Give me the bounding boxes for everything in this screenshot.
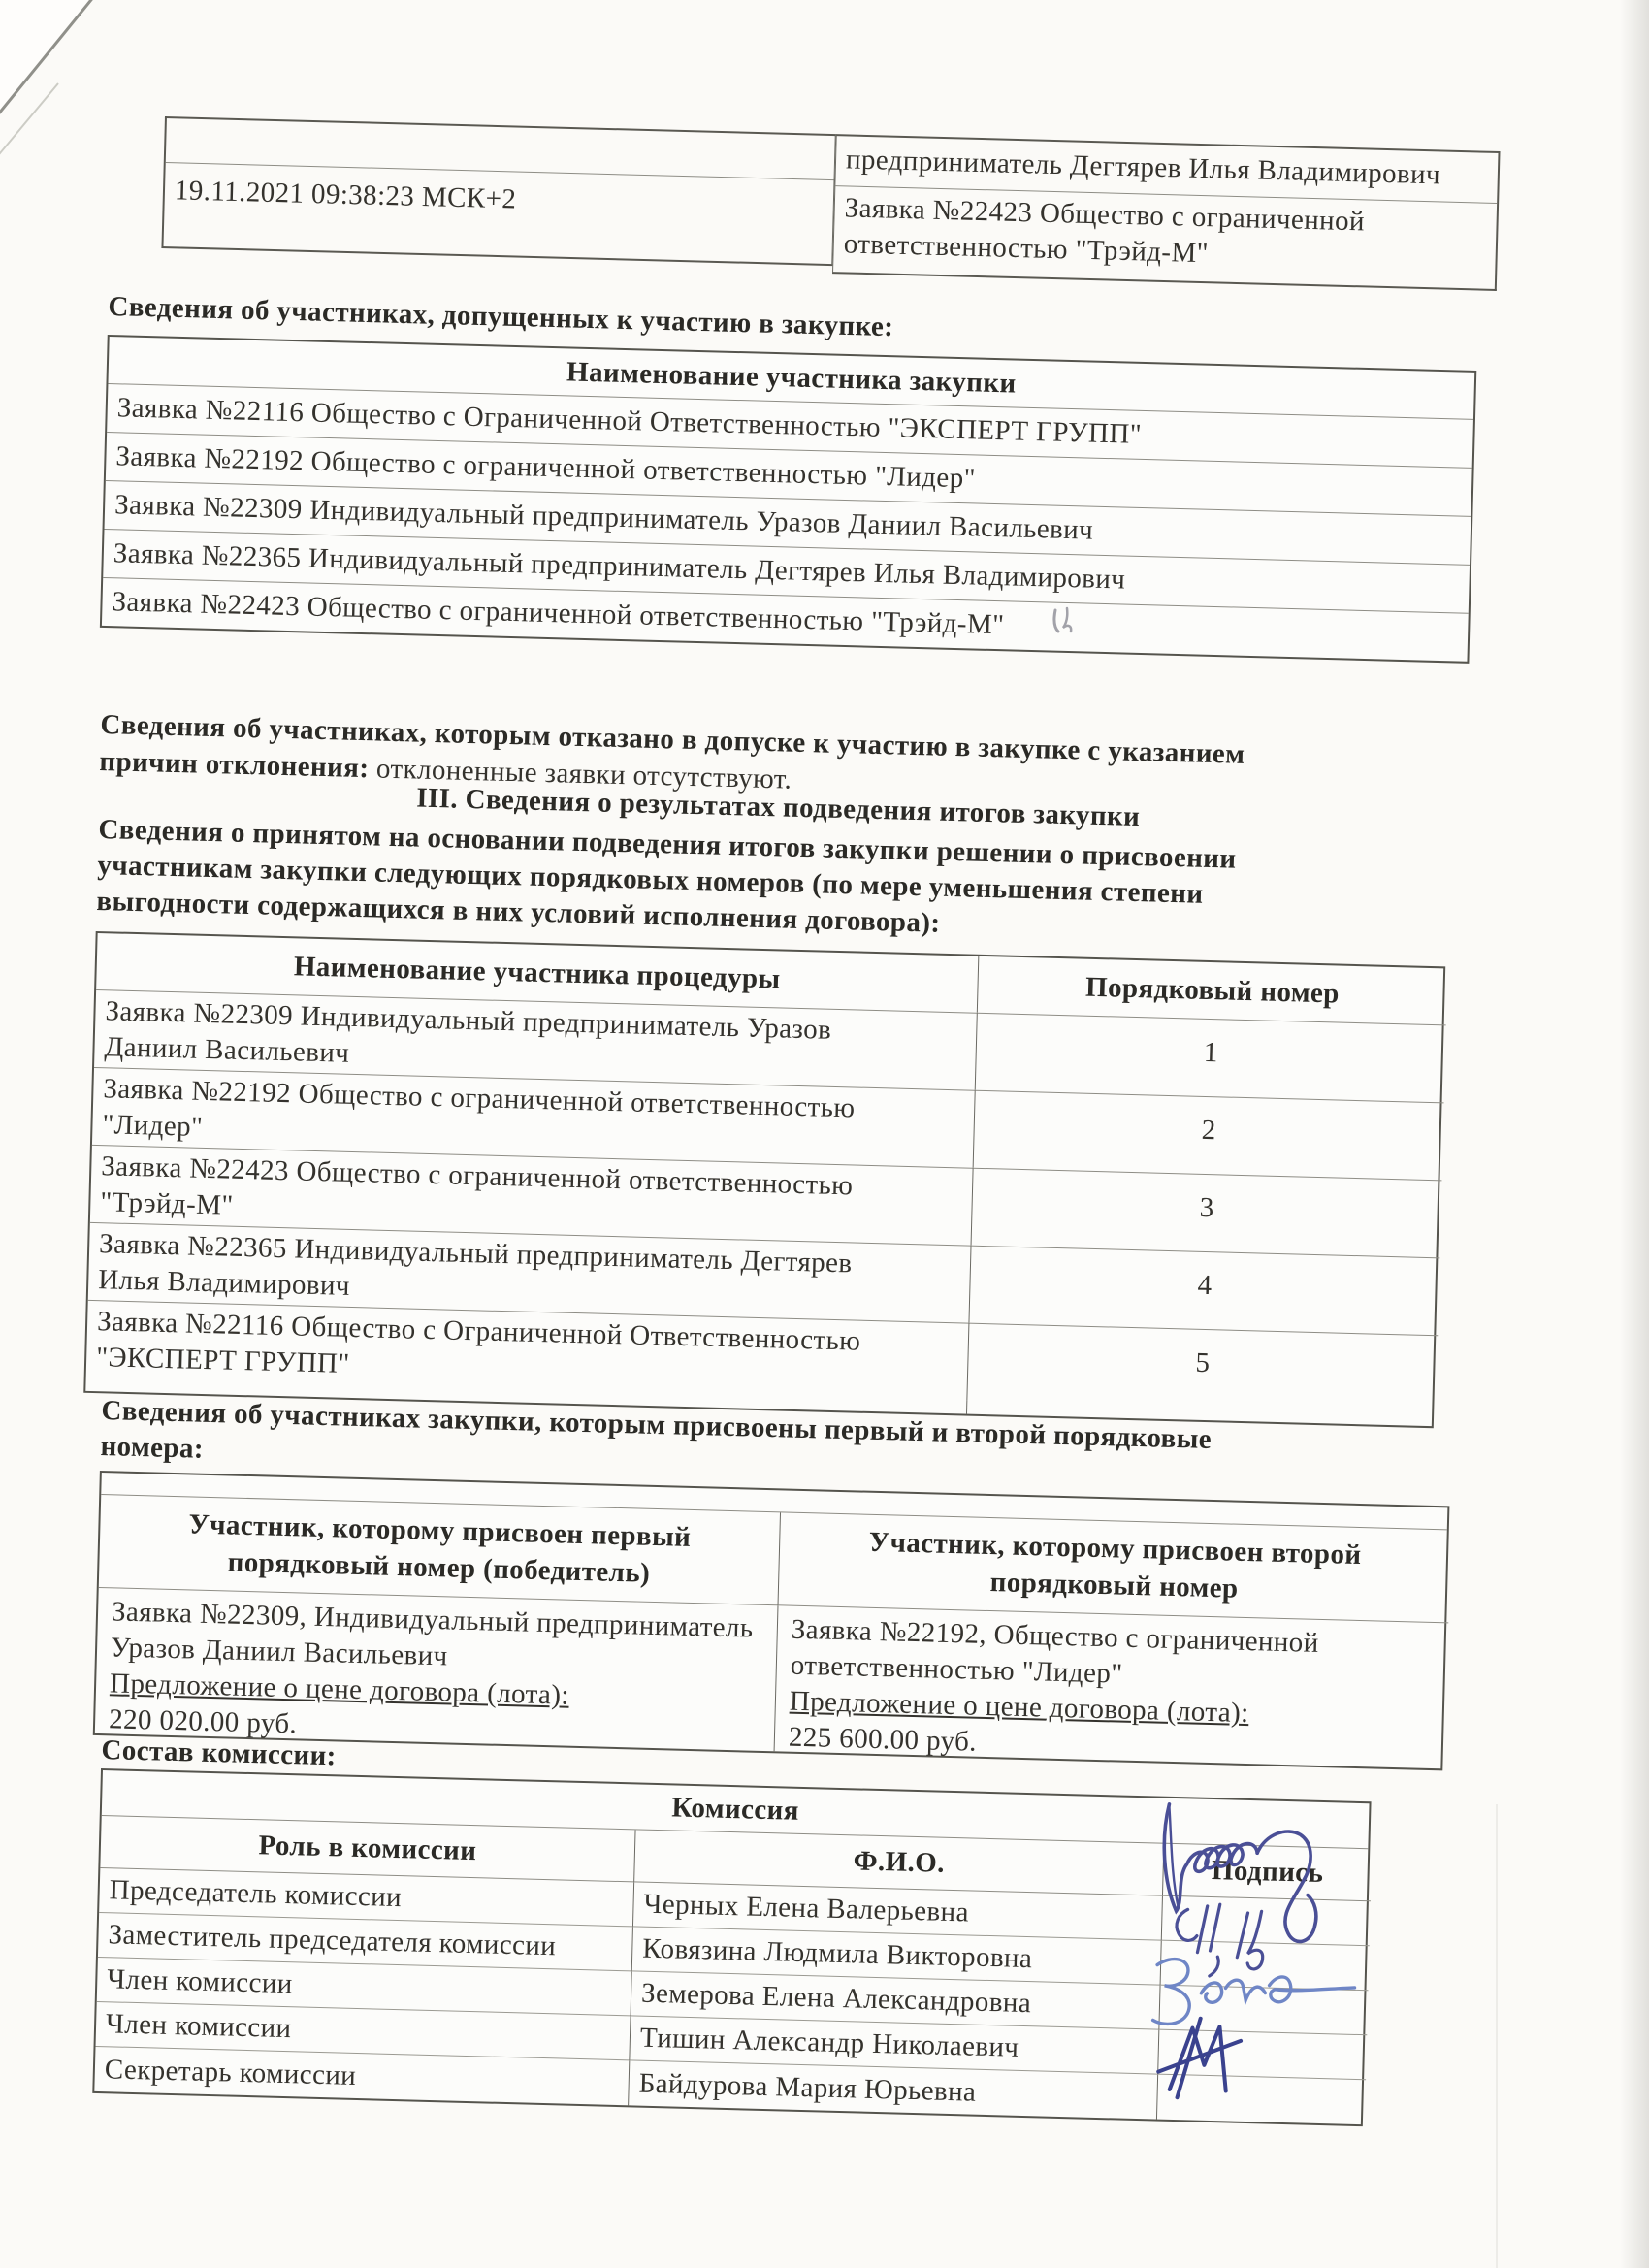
scan-edge-shadow bbox=[1620, 0, 1649, 2268]
participant-entry: Заявка №22423 Общество с ограниченной от… bbox=[833, 186, 1497, 289]
second-place-col-header: Участник, которому присвоен второй поряд… bbox=[777, 1512, 1450, 1623]
ranking-table: Наименование участника процедуры Порядко… bbox=[83, 931, 1445, 1428]
admitted-table: Наименование участника закупки Заявка №2… bbox=[100, 335, 1476, 664]
second-place-cell: Заявка №22192, Общество с ограниченной о… bbox=[774, 1605, 1449, 1768]
winner-cell: Заявка №22309, Индивидуальный предприним… bbox=[95, 1588, 778, 1751]
ranking-number: 4 bbox=[968, 1246, 1439, 1336]
paper-crease bbox=[1496, 1804, 1498, 2268]
winner-col-header: Участник, которому присвоен первый поряд… bbox=[99, 1495, 780, 1605]
continuation-table: 19.11.2021 09:38:23 МСК+2 предпринимател… bbox=[161, 116, 1500, 291]
commission-signature-cell bbox=[1156, 2075, 1366, 2125]
publication-datetime: 19.11.2021 09:38:23 МСК+2 bbox=[163, 163, 833, 264]
admitted-section: Сведения об участниках, допущенных к уча… bbox=[100, 289, 1486, 664]
ranking-number: 3 bbox=[971, 1168, 1442, 1258]
ranking-number: 5 bbox=[966, 1323, 1438, 1413]
commission-signature-cell bbox=[1157, 2030, 1367, 2081]
ranking-number: 2 bbox=[973, 1090, 1444, 1181]
continuation-table-right-column: предприниматель Дегтярев Илья Владимиров… bbox=[832, 134, 1501, 291]
results-section: III. Сведения о результатах подведения и… bbox=[83, 772, 1457, 1429]
commission-table: Комиссия Роль в комиссии Ф.И.О. Подпись … bbox=[92, 1768, 1371, 2126]
ranking-number: 1 bbox=[975, 1013, 1446, 1103]
commission-section: Состав комиссии: Комиссия Роль в комисси… bbox=[92, 1733, 1459, 2129]
signature-col-header: Подпись bbox=[1162, 1844, 1372, 1902]
document-scan: 19.11.2021 09:38:23 МСК+2 предпринимател… bbox=[0, 0, 1649, 2268]
continuation-table-left-column: 19.11.2021 09:38:23 МСК+2 bbox=[161, 116, 835, 266]
commission-signature-cell bbox=[1158, 1986, 1368, 2036]
winners-section: Сведения об участниках закупки, которым … bbox=[93, 1393, 1460, 1771]
commission-signature-cell bbox=[1160, 1941, 1370, 1992]
winners-table: Участник, которому присвоен первый поряд… bbox=[93, 1471, 1450, 1770]
commission-signature-cell bbox=[1161, 1896, 1371, 1947]
